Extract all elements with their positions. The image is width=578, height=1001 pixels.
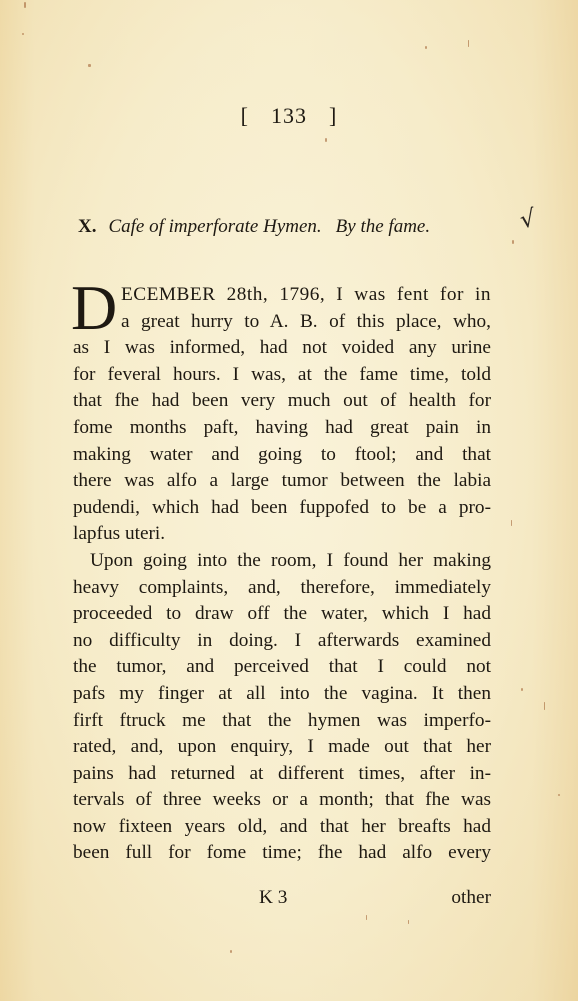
paper-speck [24, 2, 26, 8]
page-footer: K 3 other [73, 887, 491, 913]
text-line: been full for fome time; fhe had alfo ev… [73, 840, 491, 867]
signature-mark: K 3 [259, 887, 287, 909]
text-line: for feveral hours. I was, at the fame ti… [73, 362, 491, 389]
header-bracket-close: ] [329, 103, 337, 129]
text-line: heavy complaints, and, therefore, immedi… [73, 575, 491, 602]
paper-speck [22, 33, 24, 35]
margin-checkmark-annotation: √ [518, 204, 538, 234]
text-line: that fhe had been very much out of healt… [73, 388, 491, 415]
text-line: Upon going into the room, I found her ma… [73, 548, 491, 575]
paper-speck [408, 920, 409, 924]
text-line: pains had returned at different times, a… [73, 761, 491, 788]
byline: By the fame. [336, 216, 430, 237]
text-line: making water and going to ftool; and tha… [73, 442, 491, 469]
text-line: the tumor, and perceived that I could no… [73, 654, 491, 681]
text-line: pafs my finger at all into the vagina. I… [73, 681, 491, 708]
paper-speck [325, 138, 327, 142]
section-number: X. [78, 216, 96, 237]
catchword: other [451, 887, 491, 909]
text-line: ECEMBER 28th, 1796, I was fent for in [73, 282, 491, 309]
text-line: fome months paft, having had great pain … [73, 415, 491, 442]
paper-speck [544, 702, 545, 710]
text-line: firft ftruck me that the hymen was imper… [73, 708, 491, 735]
paper-speck [468, 40, 469, 47]
text-line: tervals of three weeks or a month; that … [73, 787, 491, 814]
drop-cap: D [71, 283, 117, 333]
paper-speck [511, 520, 512, 526]
paper-speck [558, 794, 560, 796]
paper-speck [230, 950, 232, 953]
running-header: [133] [0, 103, 578, 129]
text-line: pudendi, which had been fuppofed to be a… [73, 495, 491, 522]
text-line: no difficulty in doing. I afterwards exa… [73, 628, 491, 655]
book-page: [133] X.Cafe of imperforate Hymen.By the… [0, 0, 578, 1001]
paper-speck [512, 240, 514, 244]
paper-speck [521, 688, 523, 691]
paper-speck [425, 46, 427, 49]
section-title: X.Cafe of imperforate Hymen.By the fame. [78, 216, 498, 238]
text-line: rated, and, upon enquiry, I made out tha… [73, 734, 491, 761]
text-line: now fixteen years old, and that her brea… [73, 814, 491, 841]
text-line: a great hurry to A. B. of this place, wh… [73, 309, 491, 336]
text-line: as I was informed, had not voided any ur… [73, 335, 491, 362]
body-text: D ECEMBER 28th, 1796, I was fent for in … [73, 282, 491, 867]
page-number: 133 [271, 103, 307, 129]
paper-speck [88, 64, 91, 67]
case-title: Cafe of imperforate Hymen. [108, 216, 321, 237]
text-line: there was alfo a large tumor between the… [73, 468, 491, 495]
paper-speck [366, 915, 367, 920]
header-bracket-open: [ [241, 103, 249, 129]
text-line: proceeded to draw off the water, which I… [73, 601, 491, 628]
text-line: lapfus uteri. [73, 521, 491, 548]
